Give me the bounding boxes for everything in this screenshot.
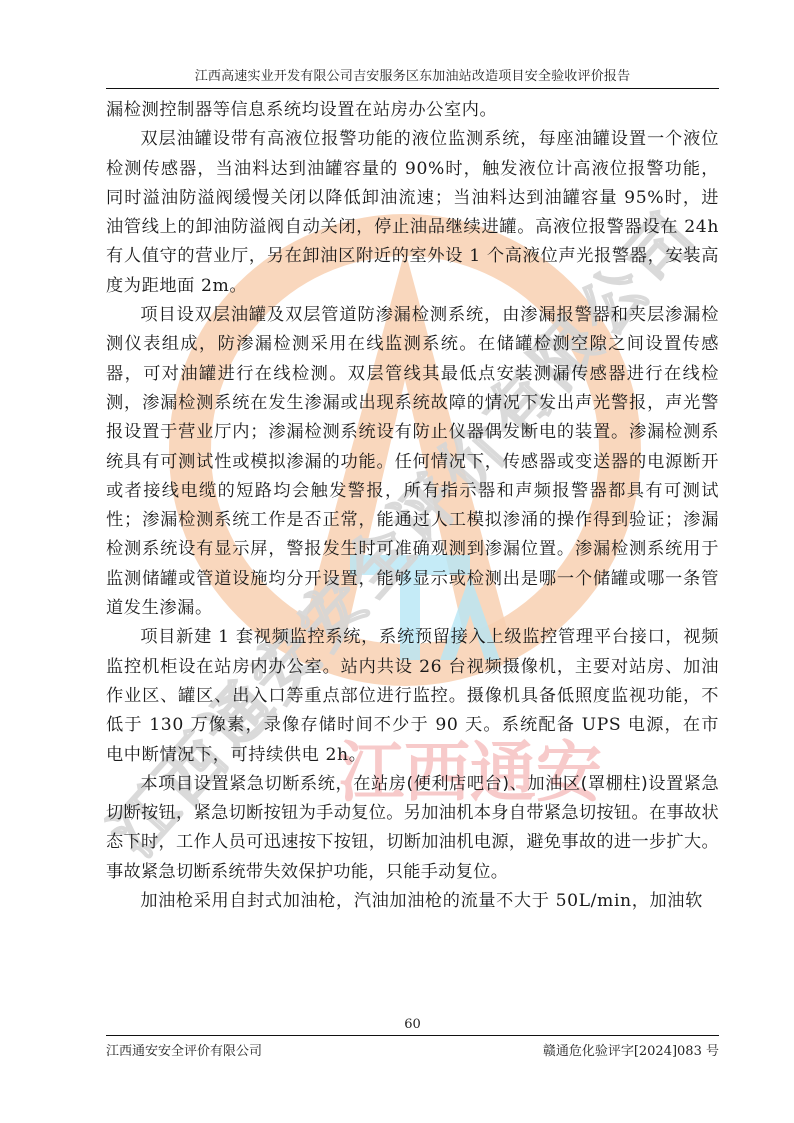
paragraph: 本项目设置紧急切断系统，在站房(便利店吧台)、加油区(罩棚柱)设置紧急切断按钮，… [106,770,719,887]
footer-company: 江西通安安全评价有限公司 [106,1040,262,1059]
footer-report-number: 赣通危化验评字[2024]083 号 [543,1040,719,1059]
header-divider [106,88,719,89]
paragraph: 项目设双层油罐及双层管道防渗漏检测系统，由渗漏报警器和夹层渗漏检测仪表组成，防渗… [106,301,719,623]
running-header: 江西高速实业开发有限公司吉安服务区东加油站改造项目安全验收评价报告 [106,66,719,88]
document-page: 江西通安 江西通安安全评价有限公司 江西高速实业开发有限公司吉安服务区东加油站改… [0,0,794,1123]
footer-divider [106,1035,719,1036]
paragraph: 项目新建 1 套视频监控系统，系统预留接入上级监控管理平台接口，视频监控机柜设在… [106,623,719,769]
paragraph: 双层油罐设带有高液位报警功能的液位监测系统，每座油罐设置一个液位检测传感器，当油… [106,125,719,301]
paragraph: 加油枪采用自封式加油枪，汽油加油枪的流量不大于 50L/min，加油软 [106,887,719,916]
paragraph: 漏检测控制器等信息系统均设置在站房办公室内。 [106,96,719,125]
document-body: 漏检测控制器等信息系统均设置在站房办公室内。 双层油罐设带有高液位报警功能的液位… [106,96,719,916]
page-number: 60 [106,1017,719,1032]
